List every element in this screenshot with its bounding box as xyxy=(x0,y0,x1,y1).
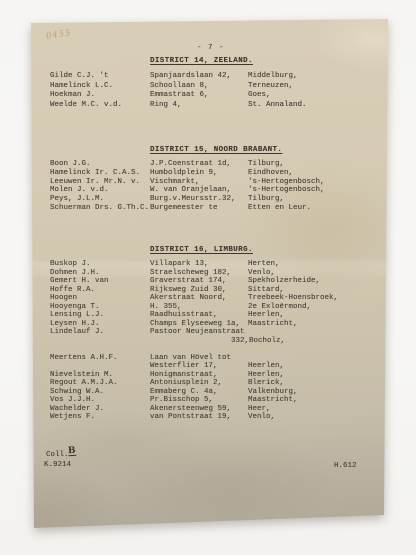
directory-row: Westerflier 17,Heerlen, xyxy=(50,362,394,371)
row-city: Valkenburg, xyxy=(248,388,298,396)
row-addr: Rijksweg Zuid 30, xyxy=(150,286,227,294)
row-addr: Burgemeester te xyxy=(150,204,218,212)
directory-row: Lindelauf J.Pastoor Neujeanstraat xyxy=(50,328,394,337)
directory-row: Gilde C.J. 'tSpanjaardslaan 42,Middelbur… xyxy=(50,72,394,82)
row-name: Meertens A.H.F. xyxy=(50,354,118,362)
section-title-district-16: DISTRICT 16, LIMBURG. xyxy=(150,246,253,254)
row-addr: Westerflier 17, xyxy=(150,362,218,370)
row-name: Gilde C.J. 't xyxy=(50,72,109,80)
row-addr: Spanjaardslaan 42, xyxy=(150,72,231,80)
document-photo: 0455 - 7 - DISTRICT 14, ZEELAND. Gilde C… xyxy=(0,0,416,555)
row-addr: Antoniusplein 2, xyxy=(150,379,222,387)
district-16-rows: Buskop J.Villapark 13,Herten,Dohmen J.H.… xyxy=(50,260,394,422)
row-name: Gemert H. van xyxy=(50,277,109,285)
row-city: Herten, xyxy=(248,260,280,268)
directory-row: Gemert H. vanGraverstraat 174,Spekholzer… xyxy=(50,277,394,286)
row-addr: Akerstraat Noord, xyxy=(150,294,227,302)
row-city: Goes, xyxy=(248,91,271,99)
directory-row: Lensing L.J.Raadhuisstraat,Heerlen, xyxy=(50,311,394,320)
row-city: St. Annaland. xyxy=(248,101,307,109)
row-name: Hooyenga T. xyxy=(50,303,100,311)
row-name: Hoekman J. xyxy=(50,91,95,99)
handwritten-collection-mark: B xyxy=(68,447,76,457)
row-addr: Humboldplein 9, xyxy=(150,169,218,177)
collection-label: Coll. xyxy=(46,451,69,459)
directory-row: Meertens A.H.F.Laan van Hövel tot xyxy=(50,354,394,363)
row-name: Vos J.J.H. xyxy=(50,396,95,404)
row-addr: Villapark 13, xyxy=(150,260,209,268)
row-name: Lensing L.J. xyxy=(50,311,104,319)
row-addr: Vischmarkt, xyxy=(150,178,200,186)
section-title-district-14: DISTRICT 14, ZEELAND. xyxy=(150,57,253,65)
row-addr: Akenersteenweg 59, xyxy=(150,405,231,413)
directory-row: Wetjens F.van Pontstraat 19,Venlo, xyxy=(50,413,394,422)
row-name: Lindelauf J. xyxy=(50,328,104,336)
row-city: 's-Hertogenbosch, xyxy=(248,178,325,186)
directory-row: Regout A.M.J.A.Antoniusplein 2,Blerick, xyxy=(50,379,394,388)
row-name: Weelde M.C. v.d. xyxy=(50,101,122,109)
row-city: Tilburg, xyxy=(248,195,284,203)
row-addr: van Pontstraat 19, xyxy=(150,413,231,421)
page-number: - 7 - xyxy=(197,44,225,52)
row-city: Etten en Leur. xyxy=(248,204,311,212)
row-city: Heerlen, xyxy=(248,362,284,370)
row-city: Venlo, xyxy=(248,413,275,421)
row-city: Heerlen, xyxy=(248,371,284,379)
row-name: Hamelinck Ir. C.A.S. xyxy=(50,169,140,177)
page-content: 0455 - 7 - DISTRICT 14, ZEELAND. Gilde C… xyxy=(0,0,416,555)
row-name: Schwing W.A. xyxy=(50,388,104,396)
row-name: Dohmen J.H. xyxy=(50,269,100,277)
row-name: Hamelinck L.C. xyxy=(50,82,113,90)
directory-row: Buskop J.Villapark 13,Herten, xyxy=(50,260,394,269)
directory-row: Schwing W.A.Emmaberg C. 4a,Valkenburg, xyxy=(50,388,394,397)
row-city: Middelburg, xyxy=(248,72,298,80)
row-name: Leeuwen Ir. Mr.N. v. xyxy=(50,178,140,186)
row-city: 2e Exloërmond, xyxy=(248,303,311,311)
directory-row: Hamelinck Ir. C.A.S.Humboldplein 9,Eindh… xyxy=(50,169,394,178)
row-name: Peys, J.L.M. xyxy=(50,195,104,203)
row-city: Eindhoven, xyxy=(248,169,293,177)
row-city: Tilburg, xyxy=(248,160,284,168)
row-city: Treebeek-Hoensbroek, xyxy=(248,294,338,302)
directory-row: Leysen H.J.Champs Elyseeweg 1a,Maastrich… xyxy=(50,320,394,329)
row-addr: J.P.Coenstraat 1d, xyxy=(150,160,231,168)
row-city: 's-Hertogenbosch, xyxy=(248,186,325,194)
row-name: Nievelstein M. xyxy=(50,371,113,379)
directory-row: Nievelstein M.Honigmanstraat,Heerlen, xyxy=(50,371,394,380)
row-city: Terneuzen, xyxy=(248,82,293,90)
inventory-number-right: H.612 xyxy=(334,462,357,470)
row-city: Sittard, xyxy=(248,286,284,294)
row-name: Wetjens F. xyxy=(50,413,95,421)
directory-row: Hamelinck L.C.Schoollaan 8,Terneuzen, xyxy=(50,82,394,92)
directory-row: Hooyenga T.H. 355,2e Exloërmond, xyxy=(50,303,394,312)
pencil-annotation: 0455 xyxy=(46,29,72,40)
row-name: Leysen H.J. xyxy=(50,320,100,328)
row-city: Heer, xyxy=(248,405,271,413)
row-addr: W. van Oranjelaan, xyxy=(150,186,231,194)
row-addr: Schoollaan 8, xyxy=(150,82,209,90)
row-name: Hoffe R.A. xyxy=(50,286,95,294)
row-city: Maastricht, xyxy=(248,320,298,328)
directory-row: Schuerman Drs. G.Th.C.Burgemeester teEtt… xyxy=(50,204,394,213)
row-addr: Burg.v.Meursstr.32, xyxy=(150,195,236,203)
row-addr: Ring 4, xyxy=(150,101,182,109)
row-name: Hoogen xyxy=(50,294,77,302)
row-addr: Pastoor Neujeanstraat xyxy=(150,328,245,336)
row-addr: 332,Bocholz, xyxy=(150,337,285,345)
row-city: Maastricht, xyxy=(248,396,298,404)
row-name: Schuerman Drs. G.Th.C. xyxy=(50,204,149,212)
row-name: Regout A.M.J.A. xyxy=(50,379,118,387)
row-city: Venlo, xyxy=(248,269,275,277)
row-addr: Emmaberg C. 4a, xyxy=(150,388,218,396)
row-city: Blerick, xyxy=(248,379,284,387)
row-city: Heerlen, xyxy=(248,311,284,319)
directory-row: Dohmen J.H.Straelscheweg 182,Venlo, xyxy=(50,269,394,278)
section-title-district-15: DISTRICT 15, NOORD BRABANT. xyxy=(150,146,282,154)
row-name: Boon J.G. xyxy=(50,160,91,168)
row-addr: Pr.Bisschop 5, xyxy=(150,396,213,404)
row-addr: H. 355, xyxy=(150,303,182,311)
directory-row: 332,Bocholz, xyxy=(50,337,394,346)
district-15-rows: Boon J.G.J.P.Coenstraat 1d,Tilburg,Hamel… xyxy=(50,160,394,213)
directory-row: Molen J. v.d.W. van Oranjelaan,'s-Hertog… xyxy=(50,186,394,195)
directory-row: Peys, J.L.M.Burg.v.Meursstr.32,Tilburg, xyxy=(50,195,394,204)
row-addr: Raadhuisstraat, xyxy=(150,311,218,319)
directory-row: Hoffe R.A.Rijksweg Zuid 30,Sittard, xyxy=(50,286,394,295)
row-addr: Champs Elyseeweg 1a, xyxy=(150,320,240,328)
directory-row: HoogenAkerstraat Noord,Treebeek-Hoensbro… xyxy=(50,294,394,303)
row-addr: Straelscheweg 182, xyxy=(150,269,231,277)
district-14-rows: Gilde C.J. 'tSpanjaardslaan 42,Middelbur… xyxy=(50,72,394,110)
directory-row: Hoekman J.Emmastraat 6,Goes, xyxy=(50,91,394,101)
row-name: Molen J. v.d. xyxy=(50,186,109,194)
row-addr: Laan van Hövel tot xyxy=(150,354,231,362)
directory-row: Vos J.J.H.Pr.Bisschop 5,Maastricht, xyxy=(50,396,394,405)
row-addr: Honigmanstraat, xyxy=(150,371,218,379)
directory-row: Boon J.G.J.P.Coenstraat 1d,Tilburg, xyxy=(50,160,394,169)
directory-row: Weelde M.C. v.d.Ring 4,St. Annaland. xyxy=(50,101,394,111)
row-city: Spekholzerheide, xyxy=(248,277,320,285)
inventory-number-left: K.9214 xyxy=(44,461,71,469)
directory-row: Wachelder J.Akenersteenweg 59,Heer, xyxy=(50,405,394,414)
row-addr: Graverstraat 174, xyxy=(150,277,227,285)
row-name: Buskop J. xyxy=(50,260,91,268)
row-addr: Emmastraat 6, xyxy=(150,91,209,99)
row-spacer xyxy=(50,345,394,354)
row-name: Wachelder J. xyxy=(50,405,104,413)
